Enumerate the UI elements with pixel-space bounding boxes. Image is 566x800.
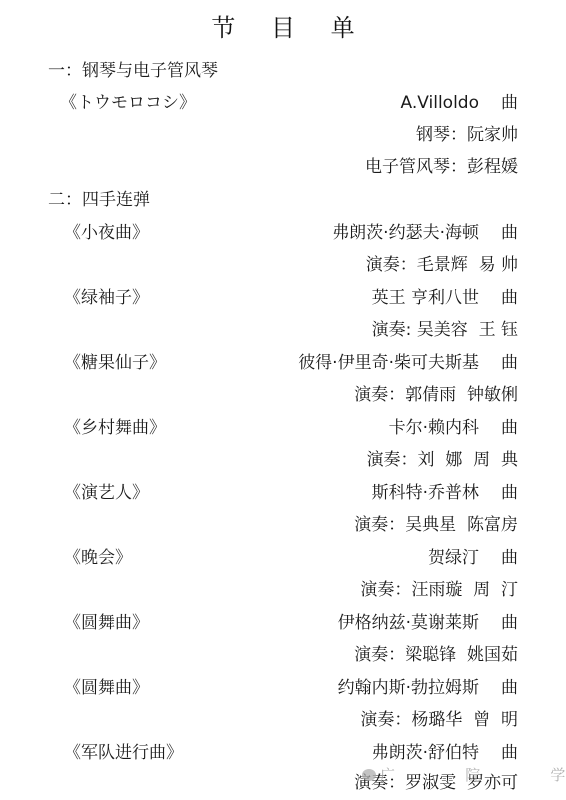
composer-name: 约翰内斯·勃拉姆斯 [338,678,479,698]
composer-name: 伊格纳兹·莫谢莱斯 [338,613,479,633]
work-title: 《演艺人》 [64,478,149,503]
composer-name: 斯科特·乔普林 [372,483,479,503]
composer-suffix: 曲 [501,738,518,763]
composer-line: 伊格纳兹·莫谢莱斯曲 [338,608,518,633]
composer-suffix: 曲 [501,673,518,698]
performer-line: 电子管风琴：彭程媛 [365,152,518,177]
composer-line: 弗朗茨·舒伯特曲 [372,738,518,763]
watermark: 广 院 学院 [362,764,566,785]
composer-name: 卡尔·赖内科 [389,418,479,438]
performer-line: 演奏：毛景辉 易 帅 [366,250,518,275]
section-heading-piano-organ: 一：钢琴与电子管风琴 [48,56,218,81]
performer-line: 演奏: 吴美容 王 钰 [372,315,518,340]
composer-suffix: 曲 [501,608,518,633]
composer-suffix: 曲 [501,348,518,373]
composer-line: 弗朗茨·约瑟夫·海顿曲 [332,218,518,243]
work-title: 《晚会》 [64,543,132,568]
composer-suffix: 曲 [501,283,518,308]
composer-name: 弗朗茨·舒伯特 [372,743,479,763]
work-title: 《圆舞曲》 [64,608,149,633]
work-title: 《乡村舞曲》 [64,413,166,438]
composer-name: 弗朗茨·约瑟夫·海顿 [332,223,479,243]
performer-line: 钢琴：阮家帅 [416,120,518,145]
performer-line: 演奏：梁聪锋 姚国茹 [354,640,518,665]
composer-line: A.Villoldo曲 [401,88,518,113]
work-title: 《绿袖子》 [64,283,149,308]
performer-line: 演奏：汪雨璇 周 汀 [360,575,518,600]
composer-suffix: 曲 [501,413,518,438]
composer-suffix: 曲 [501,543,518,568]
performer-line: 演奏：杨璐华 曾 明 [360,705,518,730]
performer-line: 演奏：郭倩雨 钟敏俐 [354,380,518,405]
composer-suffix: 曲 [501,478,518,503]
composer-suffix: 曲 [501,218,518,243]
work-title: 《圆舞曲》 [64,673,149,698]
work-title: 《小夜曲》 [64,218,149,243]
performer-line: 演奏：吴典星 陈富房 [354,510,518,535]
composer-line: 贺绿汀曲 [428,543,518,568]
composer-line: 卡尔·赖内科曲 [389,413,518,438]
performer-line: 演奏：刘 娜 周 典 [367,445,518,470]
composer-name: 英王 亨利八世 [372,288,479,308]
watermark-text: 广 院 学院 [380,766,566,784]
composer-line: 英王 亨利八世曲 [372,283,518,308]
composer-name: 贺绿汀 [428,548,479,568]
composer-name: 彼得·伊里奇·柴可夫斯基 [298,353,479,373]
work-title: 《トウモロコシ》 [60,88,196,113]
composer-line: 斯科特·乔普林曲 [372,478,518,503]
composer-line: 彼得·伊里奇·柴可夫斯基曲 [298,348,518,373]
composer-suffix: 曲 [501,88,518,113]
section-heading-four-hands: 二：四手连弹 [48,185,150,210]
watermark-logo-icon [362,769,376,781]
work-title: 《糖果仙子》 [64,348,166,373]
composer-line: 约翰内斯·勃拉姆斯曲 [338,673,518,698]
work-title: 《军队进行曲》 [64,738,183,763]
page-title: 节 目 单 [0,8,566,43]
composer-name: A.Villoldo [401,93,479,113]
